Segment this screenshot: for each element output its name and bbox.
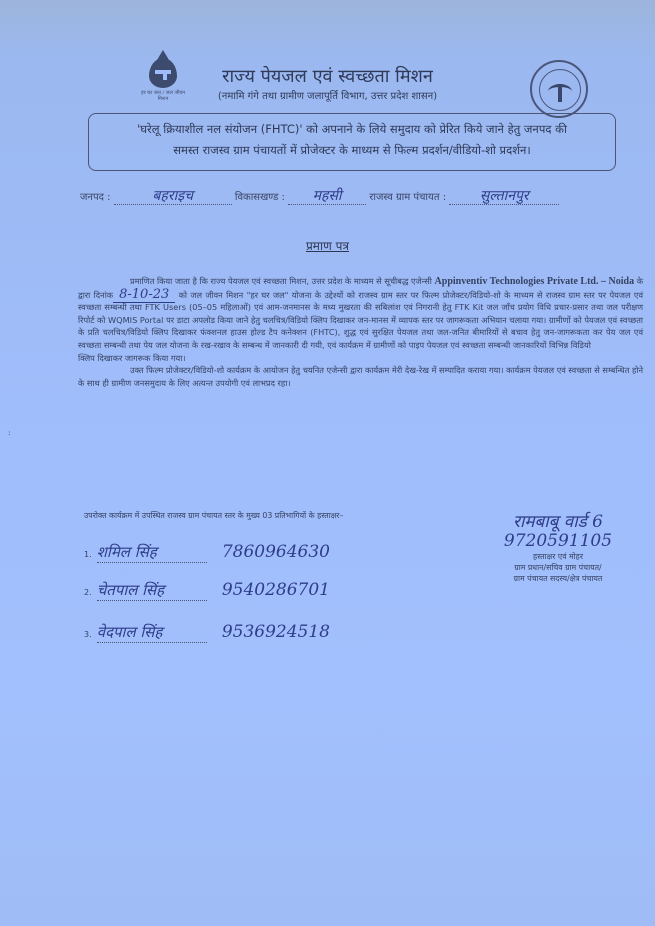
authority-handwritten-name: रामबाबू वार्ड 6 bbox=[468, 513, 648, 532]
signatory-name: वेदपाल सिंह bbox=[97, 622, 207, 643]
signatory-number: 3. bbox=[84, 630, 92, 639]
authority-role-line-1: ग्राम प्रधान/सचिव ग्राम पंचायत/ bbox=[468, 562, 648, 573]
signatory-row: 3. वेदपाल सिंह 9536924518 bbox=[84, 622, 330, 643]
subject-box: 'घरेलू क्रियाशील नल संयोजन (FHTC)' को अप… bbox=[88, 113, 616, 171]
signatory-phone: 9536924518 bbox=[222, 622, 330, 642]
signatory-name: शमिल सिंह bbox=[97, 542, 207, 563]
signatory-number: 1. bbox=[84, 550, 92, 559]
certificate-heading: प्रमाण पत्र bbox=[0, 237, 655, 254]
signatories-intro: उपरोक्त कार्यक्रम में उपस्थित राजस्व ग्र… bbox=[84, 510, 424, 521]
signatory-phone: 9540286701 bbox=[222, 580, 330, 600]
signatory-number: 2. bbox=[84, 588, 92, 597]
authority-signature-block: रामबाबू वार्ड 6 9720591105 हस्ताक्षर एवं… bbox=[468, 513, 648, 584]
signatory-name: चेतपाल सिंह bbox=[97, 580, 207, 601]
block-label: विकासखण्ड : bbox=[235, 192, 285, 203]
subject-line-2: समस्त राजस्व ग्राम पंचायतों में प्रोजेक्… bbox=[97, 140, 607, 161]
authority-handwritten-phone: 9720591105 bbox=[468, 532, 648, 551]
block-value: महसी bbox=[288, 188, 366, 205]
authority-role-line-2: ग्राम पंचायत सदस्य/क्षेत्र पंचायत bbox=[468, 573, 648, 584]
signature-seal-label: हस्ताक्षर एवं मोहर bbox=[468, 551, 648, 562]
para1-text-a: प्रमाणित किया जाता है कि राज्य पेयजल एवं… bbox=[130, 276, 435, 286]
location-fields: जनपद : बहराइच विकासखण्ड : महसी राजस्व ग्… bbox=[80, 188, 640, 205]
signatory-row: 2. चेतपाल सिंह 9540286701 bbox=[84, 580, 330, 601]
district-value: बहराइच bbox=[114, 188, 232, 205]
paragraph-1-end: क्लिप दिखाकर जागरूक किया गया। bbox=[78, 352, 643, 365]
signatory-phone: 7860964630 bbox=[222, 542, 330, 562]
program-date: 8-10-23 bbox=[113, 287, 175, 303]
agency-name: Appinventiv Technologies Private Ltd. – … bbox=[435, 276, 635, 287]
gram-panchayat-label: राजस्व ग्राम पंचायत : bbox=[369, 192, 446, 203]
margin-mark: : bbox=[8, 428, 11, 437]
paragraph-2: उक्त फिल्म प्रोजेक्टर/विडियो-शो कार्यक्र… bbox=[78, 364, 643, 389]
subject-line-1: 'घरेलू क्रियाशील नल संयोजन (FHTC)' को अप… bbox=[97, 119, 607, 140]
document-subtitle: (नमामि गंगे तथा ग्रामीण जलापूर्ति विभाग,… bbox=[0, 88, 655, 102]
gram-panchayat-value: सुल्तानपुर bbox=[449, 188, 559, 205]
district-label: जनपद : bbox=[80, 192, 111, 203]
certificate-body: प्रमाणित किया जाता है कि राज्य पेयजल एवं… bbox=[78, 275, 643, 389]
signatory-row: 1. शमिल सिंह 7860964630 bbox=[84, 542, 330, 563]
document-title: राज्य पेयजल एवं स्वच्छता मिशन bbox=[0, 64, 655, 88]
paragraph-1: प्रमाणित किया जाता है कि राज्य पेयजल एवं… bbox=[78, 275, 643, 352]
